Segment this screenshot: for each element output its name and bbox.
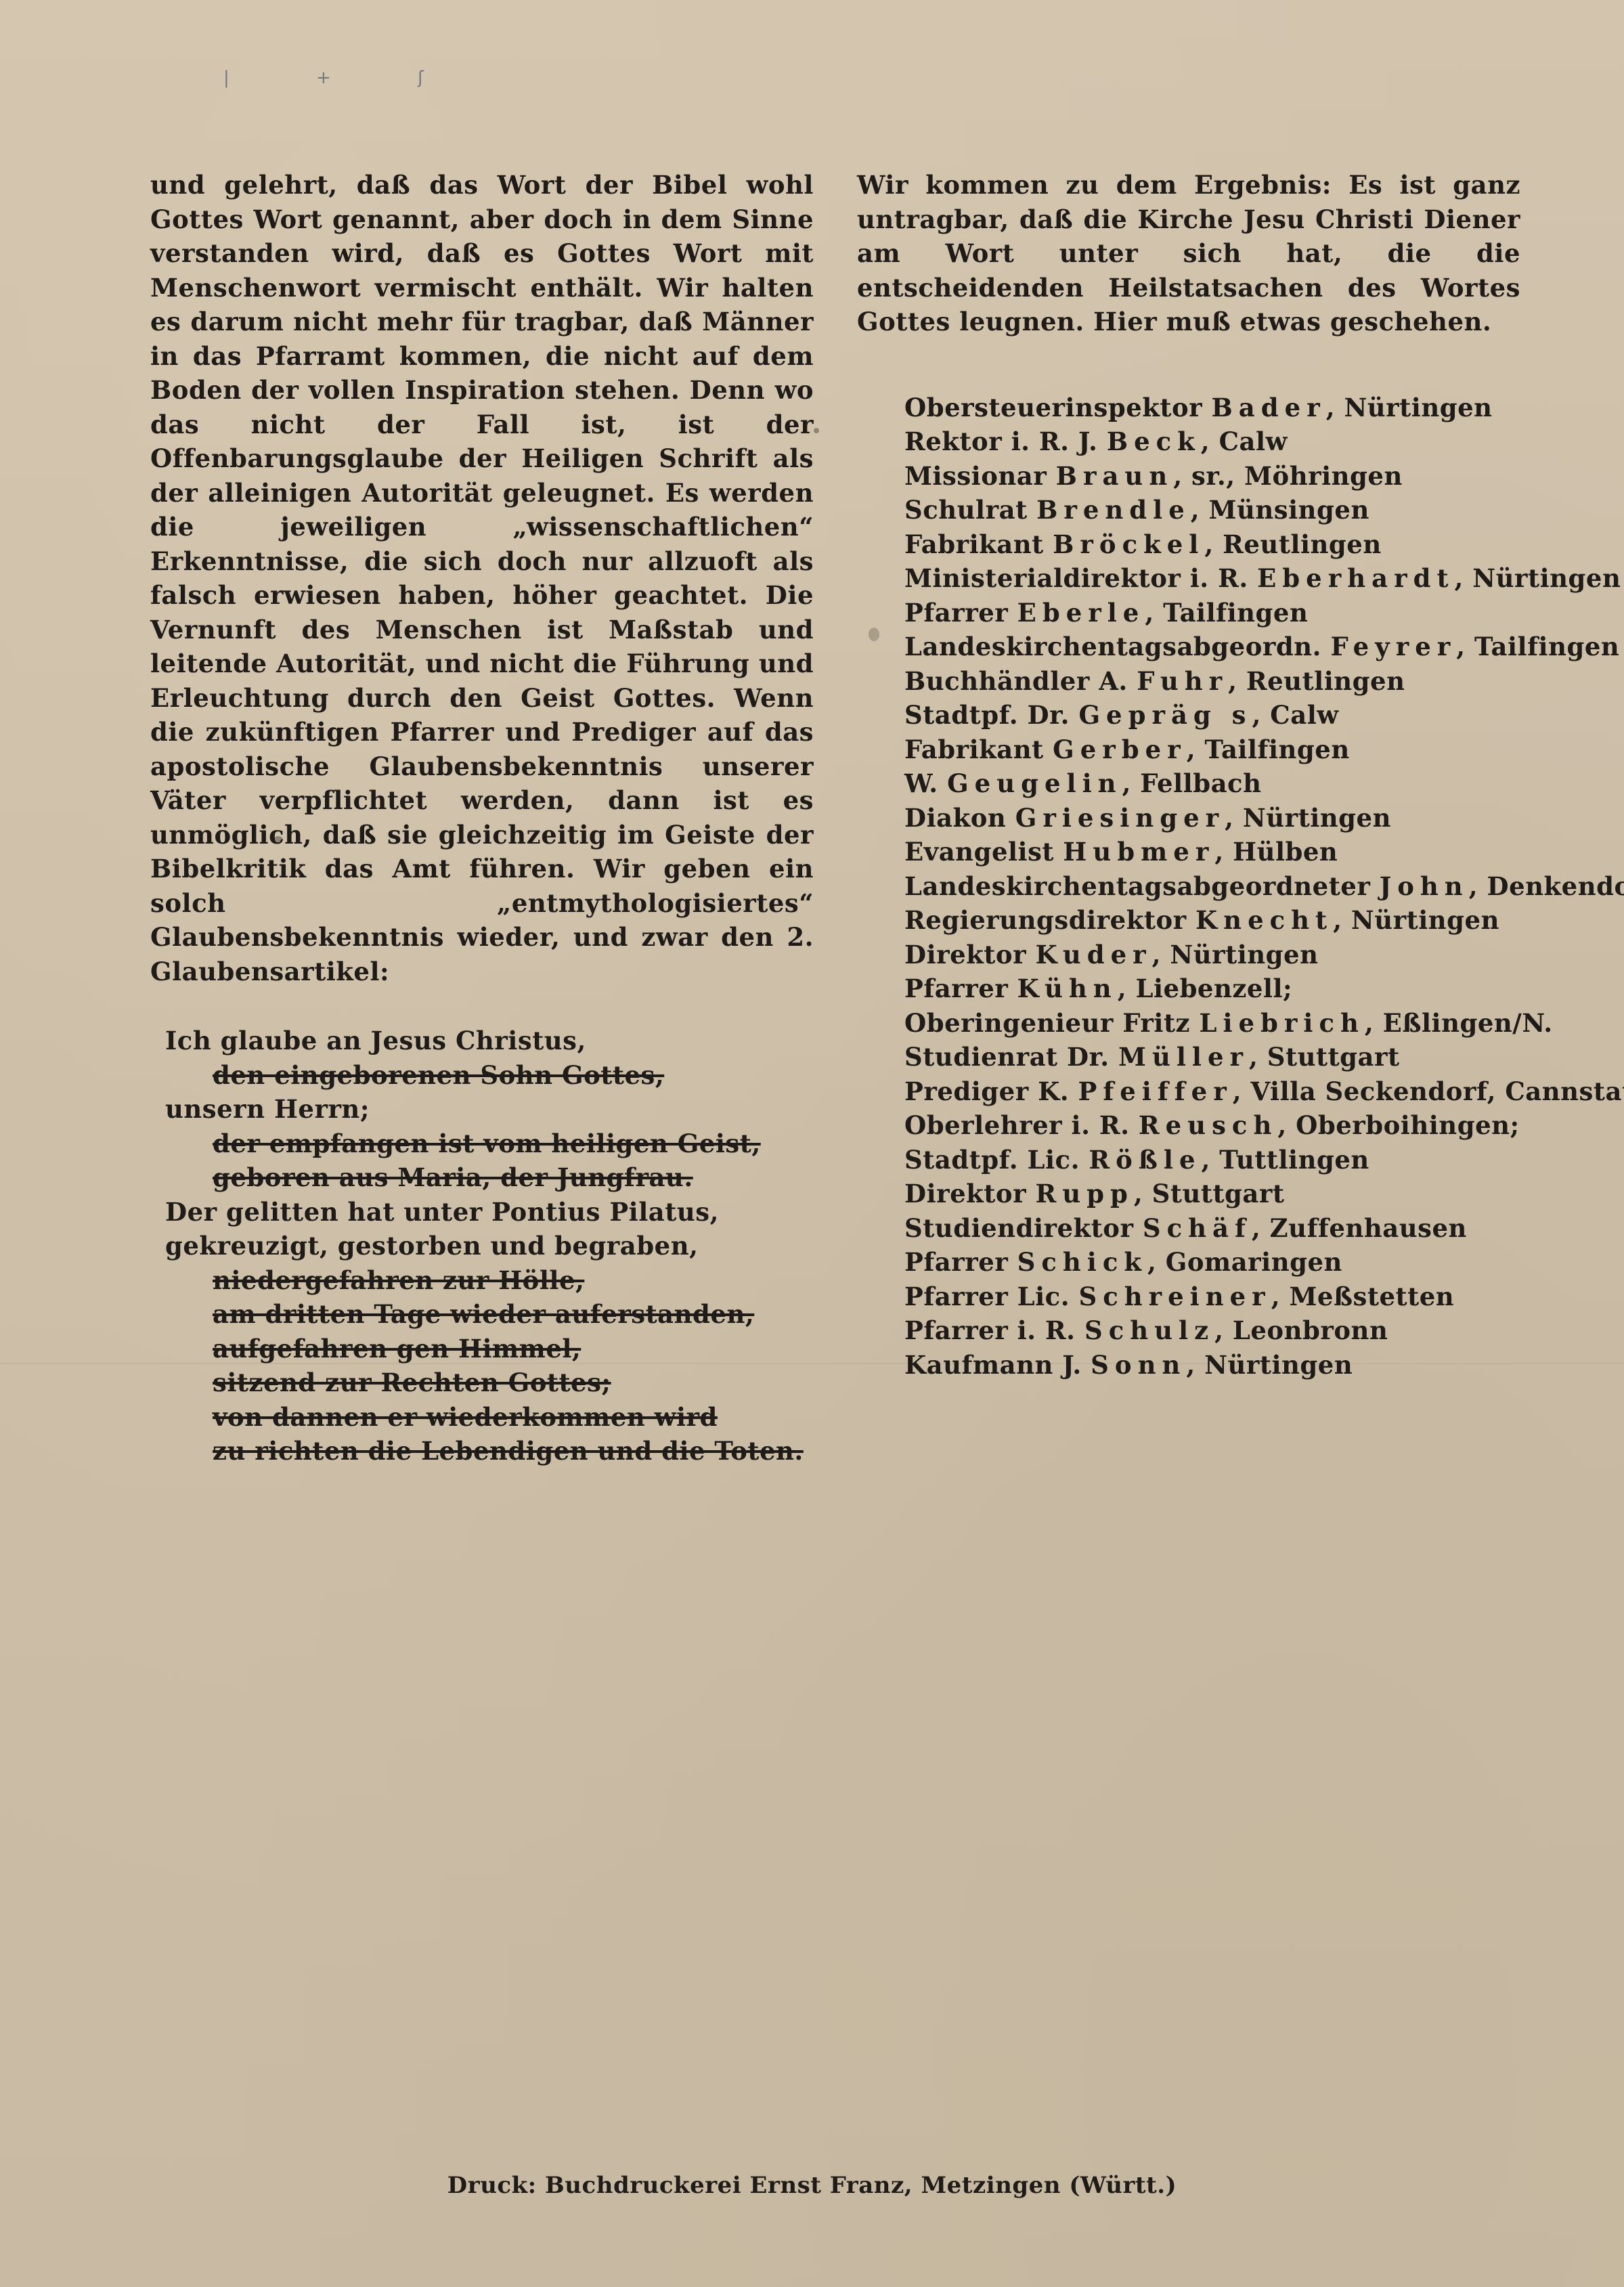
signatory-entry: Pfarrer Schick, Gomaringen [904,1245,1520,1280]
signatory-place: Tailfingen [1204,735,1349,764]
signatory-place: Nürtingen [1170,940,1318,970]
creed-line: Ich glaube an Jesus Christus, [165,1024,814,1058]
signatory-surname: Kühn [1017,974,1118,1003]
signatory-entry: Ministerialdirektor i. R. Eberhardt, Nür… [904,561,1520,596]
signatory-entry: Buchhändler A. Fuhr, Reutlingen [904,664,1520,699]
paragraph-text: der Heiligen Schrift als der alleinigen … [150,443,814,747]
signatory-entry: Evangelist Hubmer, Hülben [904,835,1520,869]
signatory-entry: Stadtpf. Dr. Gepräg s, Calw [904,698,1520,733]
signatory-entry: Direktor Kuder, Nürtingen [904,938,1520,972]
signatory-place: Calw [1270,700,1338,730]
signatory-place: Reutlingen [1223,529,1382,559]
signatory-title: Direktor [904,940,1026,970]
signatory-entry: Prediger K. Pfeiffer, Villa Seckendorf, … [904,1074,1520,1109]
signatory-surname: Schulz [1084,1315,1214,1345]
creed-line-struck: den eingeborenen Sohn Gottes, [165,1058,814,1093]
signatory-title: Obersteuerinspektor [904,393,1202,422]
signatory-surname: Geugelin [947,768,1122,798]
signatory-surname: Reusch [1139,1110,1277,1140]
signatory-place: Eßlingen/N. [1383,1008,1553,1038]
signatory-title: Pfarrer [904,598,1008,628]
emphasized-text: apostolische Glaubensbekenntnis [150,752,663,781]
signatory-surname: Schreiner [1079,1282,1271,1311]
signatory-place: Villa Seckendorf, Cannstatt [1250,1076,1624,1106]
signatory-surname: Hubmer [1063,837,1214,867]
signatory-place: Nürtingen [1243,803,1391,833]
signatory-place: Oberboihingen [1296,1110,1510,1140]
signatory-entry: Fabrikant Gerber, Tailfingen [904,733,1520,767]
creed-line: gekreuzigt, gestorben und begraben, [165,1229,814,1263]
creed-line-struck: zu richten die Lebendigen und die Toten. [165,1434,814,1468]
signatory-place: Zuffenhausen [1270,1213,1467,1243]
signatory-place: Reutlingen [1246,666,1405,696]
signatory-title: Studiendirektor [904,1213,1133,1243]
signatory-surname: Müller [1118,1042,1249,1072]
signatory-place: Fellbach [1140,768,1261,798]
signatory-surname: Fuhr [1137,666,1228,696]
signatory-surname: Schick [1017,1247,1147,1277]
signatory-place: Tailfingen [1474,632,1619,661]
signatory-title: Ministerialdirektor i. R. [904,563,1248,593]
signatory-place: Leonbronn [1233,1315,1388,1345]
signatory-entry: Direktor Rupp, Stuttgart [904,1177,1520,1211]
right-column: Wir kommen zu dem Ergebnis: Es ist ganz … [857,168,1520,1382]
conclusion-paragraph: Wir kommen zu dem Ergebnis: Es ist ganz … [857,168,1520,339]
signatory-title: Landeskirchentagsabgeordn. [904,632,1321,661]
signatory-title: Rektor i. R. J. [904,427,1097,456]
signatory-entry: Pfarrer i. R. Schulz, Leonbronn [904,1313,1520,1348]
signatory-surname: Beck [1107,427,1201,456]
signatory-place: Tuttlingen [1219,1145,1369,1175]
signatory-surname: Pfeiffer [1078,1076,1233,1106]
signatory-entry: Regierungsdirektor Knecht, Nürtingen [904,903,1520,938]
signatory-entry: Kaufmann J. Sonn, Nürtingen [904,1348,1520,1382]
signatory-entry: Studiendirektor Schäf, Zuffenhausen [904,1211,1520,1246]
signatory-title: Stadtpf. Dr. [904,700,1070,730]
signatory-surname: Rößle [1089,1145,1201,1175]
signatory-place: sr., Möhringen [1191,461,1403,491]
signatory-surname: Knecht [1195,905,1333,935]
creed-line-struck: aufgefahren gen Himmel, [165,1332,814,1366]
signatory-place: Hülben [1233,837,1338,867]
signatory-surname: Gepräg s [1078,700,1252,730]
signatory-place: Stuttgart [1152,1179,1285,1208]
signatory-surname: Bader [1212,393,1326,422]
signatory-list: Obersteuerinspektor Bader, NürtingenRekt… [857,391,1520,1382]
signatory-title: Evangelist [904,837,1054,867]
emphasized-text: Offenbarungsglaube [150,443,444,473]
creed-line-struck: von dannen er wiederkommen wird [165,1400,814,1435]
signatory-surname: Brendle [1036,495,1191,525]
signatory-title: Landeskirchentagsabgeordneter [904,871,1370,901]
signatory-title: Missionar [904,461,1047,491]
signatory-entry: W. Geugelin, Fellbach [904,766,1520,801]
signatory-place: Stuttgart [1267,1042,1400,1072]
signatory-suffix: ; [1283,974,1292,1003]
signatory-title: Pfarrer i. R. [904,1315,1076,1345]
signatory-entry: Obersteuerinspektor Bader, Nürtingen [904,391,1520,425]
signatory-entry: Oberingenieur Fritz Liebrich, Eßlingen/N… [904,1006,1520,1041]
left-column: und gelehrt, daß das Wort der Bibel wohl… [150,168,814,1468]
signatory-entry: Fabrikant Bröckel, Reutlingen [904,527,1520,562]
signatory-surname: Griesinger [1015,803,1225,833]
signatory-place: Nürtingen [1472,563,1621,593]
signatory-title: Studienrat Dr. [904,1042,1110,1072]
signatory-place: Gomaringen [1166,1247,1342,1277]
signatory-entry: Pfarrer Kühn, Liebenzell; [904,972,1520,1006]
signatory-entry: Landeskirchentagsabgeordneter John, Denk… [904,869,1520,904]
signatory-title: Kaufmann J. [904,1350,1082,1380]
signatory-surname: Bröckel [1053,529,1204,559]
signatory-title: Schulrat [904,495,1028,525]
creed-block: Ich glaube an Jesus Christus,den eingebo… [150,1024,814,1468]
signatory-place: Nürtingen [1351,905,1499,935]
signatory-title: Regierungsdirektor [904,905,1187,935]
signatory-entry: Rektor i. R. J. Beck, Calw [904,424,1520,459]
creed-line-struck: niedergefahren zur Hölle, [165,1263,814,1298]
signatory-surname: Rupp [1035,1179,1133,1208]
signatory-place: Meßstetten [1289,1282,1454,1311]
signatory-surname: John [1380,871,1469,901]
signatory-surname: Eberle [1017,598,1145,628]
signatory-title: Oberingenieur Fritz [904,1008,1190,1038]
signatory-title: Pfarrer [904,974,1008,1003]
signatory-entry: Diakon Griesinger, Nürtingen [904,801,1520,835]
signatory-title: Stadtpf. Lic. [904,1145,1080,1175]
signatory-surname: Sonn [1091,1350,1186,1380]
signatory-surname: Braun [1056,461,1174,491]
creed-line-struck: geboren aus Maria, der Jungfrau. [165,1160,814,1195]
signatory-surname: Eberhardt [1257,563,1454,593]
signatory-entry: Pfarrer Eberle, Tailfingen [904,596,1520,630]
signatory-title: W. [904,768,938,798]
signatory-entry: Studienrat Dr. Müller, Stuttgart [904,1040,1520,1074]
creed-line-struck: der empfangen ist vom heiligen Geist, [165,1127,814,1161]
signatory-title: Pfarrer Lic. [904,1282,1070,1311]
signatory-surname: Schäf [1143,1213,1252,1243]
signatory-entry: Pfarrer Lic. Schreiner, Meßstetten [904,1280,1520,1314]
signatory-entry: Schulrat Brendle, Münsingen [904,493,1520,527]
signatory-entry: Missionar Braun, sr., Möhringen [904,459,1520,494]
signatory-title: Oberlehrer i. R. [904,1110,1130,1140]
signatory-surname: Feyrer [1330,632,1456,661]
signatory-title: Fabrikant [904,735,1044,764]
paper-speck [814,428,819,433]
introduction-paragraph: und gelehrt, daß das Wort der Bibel wohl… [150,168,814,988]
signatory-place: Calw [1219,427,1288,456]
pencil-marks: | + ʃ [223,68,464,88]
signatory-title: Direktor [904,1179,1026,1208]
signatory-place: Nürtingen [1204,1350,1353,1380]
signatory-place: Tailfingen [1163,598,1308,628]
signatory-suffix: ; [1510,1110,1520,1140]
printer-imprint: Druck: Buchdruckerei Ernst Franz, Metzin… [0,2172,1624,2199]
signatory-title: Pfarrer [904,1247,1008,1277]
signatory-surname: Liebrich [1199,1008,1364,1038]
signatory-place: Denkendorf [1487,871,1624,901]
creed-line-struck: sitzend zur Rechten Gottes; [165,1366,814,1400]
signatory-surname: Kuder [1035,940,1151,970]
signatory-title: Fabrikant [904,529,1044,559]
creed-line: unsern Herrn; [165,1092,814,1127]
signatory-entry: Landeskirchentagsabgeordn. Feyrer, Tailf… [904,630,1520,664]
signatory-place: Liebenzell [1135,974,1283,1003]
signatory-entry: Stadtpf. Lic. Rößle, Tuttlingen [904,1143,1520,1177]
creed-line: Der gelitten hat unter Pontius Pilatus, [165,1195,814,1229]
signatory-surname: Gerber [1053,735,1187,764]
signatory-place: Nürtingen [1344,393,1492,422]
signatory-entry: Oberlehrer i. R. Reusch, Oberboihingen; [904,1108,1520,1143]
signatory-title: Buchhändler A. [904,666,1128,696]
signatory-place: Münsingen [1209,495,1369,525]
signatory-title: Prediger K. [904,1076,1069,1106]
signatory-title: Diakon [904,803,1006,833]
creed-line-struck: am dritten Tage wieder auferstanden, [165,1297,814,1332]
